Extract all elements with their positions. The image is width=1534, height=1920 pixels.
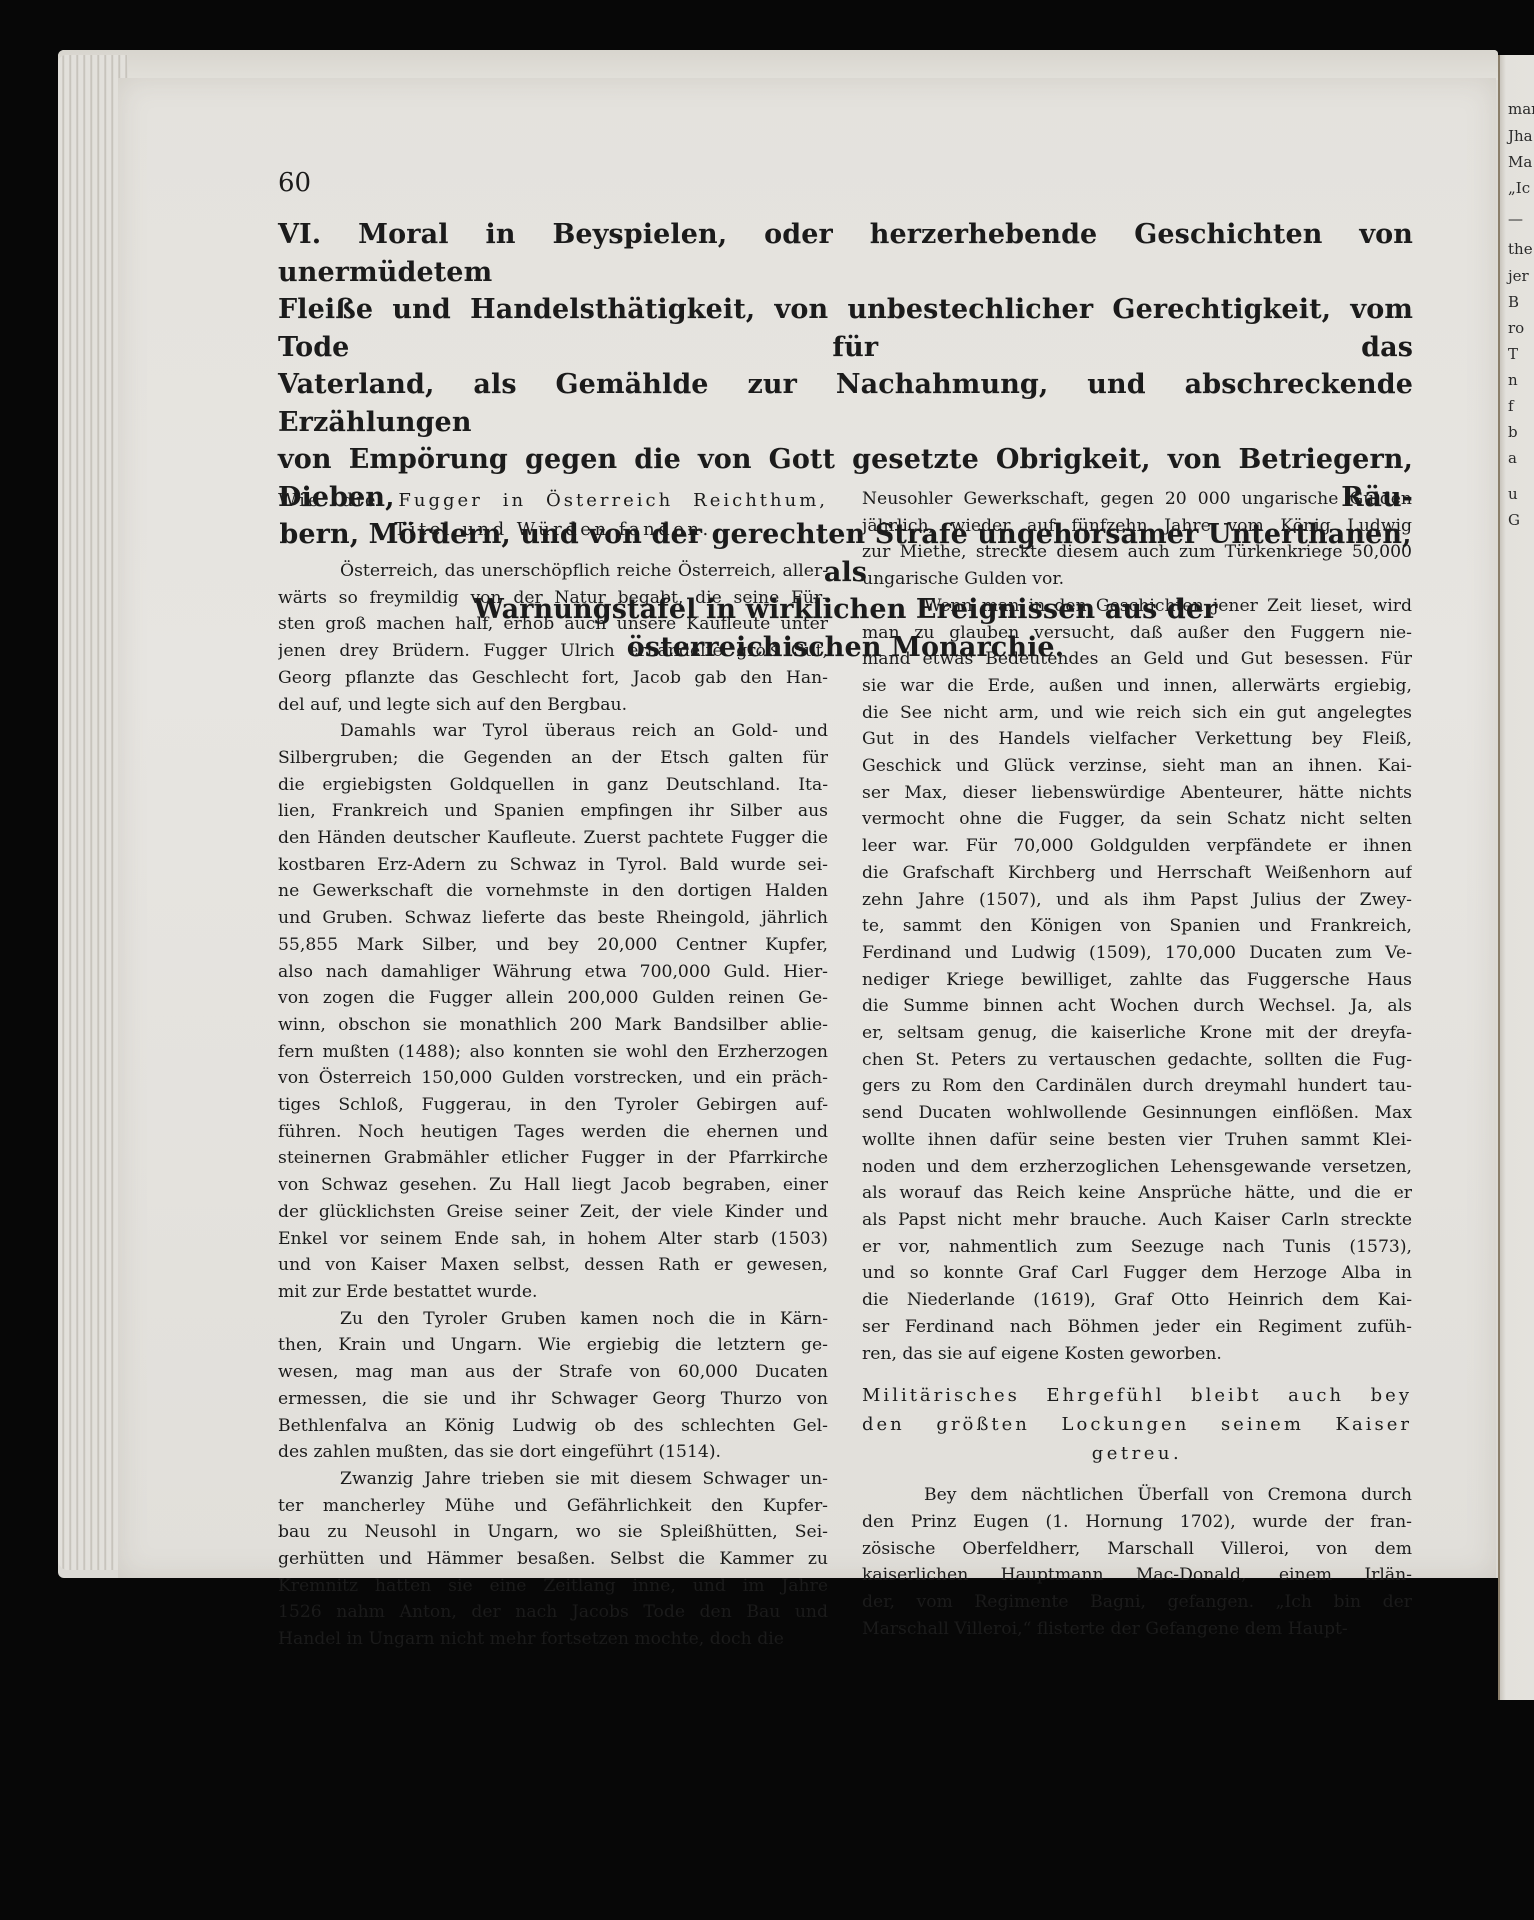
text-line: von Schwaz gesehen. Zu Hall liegt Jacob … [278, 1172, 828, 1199]
text-line: ermessen, die sie und ihr Schwager Georg… [278, 1386, 828, 1413]
text-line: Kremnitz hatten sie eine Zeitlang inne, … [278, 1573, 828, 1600]
text-line: chen St. Peters zu vertauschen gedachte,… [862, 1047, 1412, 1074]
text-line: Ferdinand und Ludwig (1509), 170,000 Duc… [862, 940, 1412, 967]
section-title-line: Militärisches Ehrgefühl bleibt auch bey [862, 1381, 1412, 1410]
right-column: Neusohler Gewerkschaft, gegen 20 000 ung… [862, 486, 1412, 1642]
text-line: Österreich, das unerschöpflich reiche Ös… [278, 558, 828, 585]
facing-page-text-fragment: — [1508, 210, 1523, 228]
text-line: Neusohler Gewerkschaft, gegen 20 000 ung… [862, 486, 1412, 513]
text-line: sie war die Erde, außen und innen, aller… [862, 673, 1412, 700]
text-line: und von Kaiser Maxen selbst, dessen Rath… [278, 1252, 828, 1279]
text-line: leer war. Für 70,000 Goldgulden verpfänd… [862, 833, 1412, 860]
text-line: der glücklichsten Greise seiner Zeit, de… [278, 1199, 828, 1226]
text-line: Silbergruben; die Gegenden an der Etsch … [278, 745, 828, 772]
text-line: Wenn man in den Geschichten jener Zeit l… [862, 593, 1412, 620]
text-line: 55,855 Mark Silber, und bey 20,000 Centn… [278, 932, 828, 959]
text-line: bau zu Neusohl in Ungarn, wo sie Spleißh… [278, 1519, 828, 1546]
text-line: und Gruben. Schwaz lieferte das beste Rh… [278, 905, 828, 932]
text-line: der, vom Regimente Bagni, gefangen. „Ich… [862, 1589, 1412, 1616]
text-line: wesen, mag man aus der Strafe von 60,000… [278, 1359, 828, 1386]
facing-page-edge: manJhaMa„Ic—thejerBroTnfbauG [1498, 55, 1534, 1700]
text-line: von Österreich 150,000 Gulden vorstrecke… [278, 1065, 828, 1092]
facing-page-text-fragment: b [1508, 423, 1518, 441]
text-line: Bey dem nächtlichen Überfall von Cremona… [862, 1482, 1412, 1509]
text-line: wollte ihnen dafür seine besten vier Tru… [862, 1127, 1412, 1154]
text-line: führen. Noch heutigen Tages werden die e… [278, 1119, 828, 1146]
facing-page-text-fragment: a [1508, 449, 1517, 467]
text-line: Geschick und Glück verzinse, sieht man a… [862, 753, 1412, 780]
text-line: Enkel vor seinem Ende sah, in hohem Alte… [278, 1226, 828, 1253]
section-title-line: den größten Lockungen seinem Kaiser [862, 1410, 1412, 1439]
text-line: then, Krain und Ungarn. Wie ergiebig die… [278, 1332, 828, 1359]
text-line: von zogen die Fugger allein 200,000 Guld… [278, 985, 828, 1012]
facing-page-text-fragment: „Ic [1508, 179, 1530, 197]
section-title-line: Titel und Würden fanden. [278, 515, 828, 544]
facing-page-text-fragment: B [1508, 293, 1519, 311]
text-line: ser Ferdinand nach Böhmen jeder ein Regi… [862, 1314, 1412, 1341]
text-line: sten groß machen half, erhob auch unsere… [278, 611, 828, 638]
page-top-edge [58, 50, 1498, 80]
text-line: zehn Jahre (1507), und als ihm Papst Jul… [862, 887, 1412, 914]
text-line: man zu glauben versucht, daß außer den F… [862, 620, 1412, 647]
text-line: er vor, nahmentlich zum Seezuge nach Tun… [862, 1234, 1412, 1261]
facing-page-text-fragment: jer [1508, 267, 1529, 285]
text-line: ungarische Gulden vor. [862, 566, 1412, 593]
text-line: die Niederlande (1619), Graf Otto Heinri… [862, 1287, 1412, 1314]
text-line: vermocht ohne die Fugger, da sein Schatz… [862, 806, 1412, 833]
text-line: zur Miethe, streckte diesem auch zum Tür… [862, 539, 1412, 566]
text-line: del auf, und legte sich auf den Bergbau. [278, 692, 828, 719]
text-line: als Papst nicht mehr brauche. Auch Kaise… [862, 1207, 1412, 1234]
facing-page-text-fragment: f [1508, 397, 1514, 415]
text-line: tiges Schloß, Fuggerau, in den Tyroler G… [278, 1092, 828, 1119]
text-line: ren, das sie auf eigene Kosten geworben. [862, 1341, 1412, 1368]
text-line: 1526 nahm Anton, der nach Jacobs Tode de… [278, 1599, 828, 1626]
text-line: die ergiebigsten Goldquellen in ganz Deu… [278, 772, 828, 799]
text-line: jährlich, wieder auf fünfzehn Jahre vom … [862, 513, 1412, 540]
text-line: nediger Kriege bewilliget, zahlte das Fu… [862, 967, 1412, 994]
text-line: Zwanzig Jahre trieben sie mit diesem Sch… [278, 1466, 828, 1493]
facing-page-text-fragment: man [1508, 100, 1534, 118]
text-line: den Prinz Eugen (1. Hornung 1702), wurde… [862, 1509, 1412, 1536]
text-line: winn, obschon sie monathlich 200 Mark Ba… [278, 1012, 828, 1039]
text-line: mand etwas Bedeutendes an Geld und Gut b… [862, 646, 1412, 673]
text-line: die See nicht arm, und wie reich sich ei… [862, 700, 1412, 727]
text-line: Zu den Tyroler Gruben kamen noch die in … [278, 1306, 828, 1333]
text-line: Damahls war Tyrol überaus reich an Gold-… [278, 718, 828, 745]
text-line: mit zur Erde bestattet wurde. [278, 1279, 828, 1306]
text-line: te, sammt den Königen von Spanien und Fr… [862, 913, 1412, 940]
text-line: den Händen deutscher Kaufleute. Zuerst p… [278, 825, 828, 852]
text-line: er, seltsam genug, die kaiserliche Krone… [862, 1020, 1412, 1047]
text-line: des zahlen mußten, das sie dort eingefüh… [278, 1439, 828, 1466]
text-line: noden und dem erzherzoglichen Lehensgewa… [862, 1154, 1412, 1181]
spacer [278, 544, 828, 558]
text-line: Handel in Ungarn nicht mehr fortsetzen m… [278, 1626, 828, 1653]
text-line: die Grafschaft Kirchberg und Herrschaft … [862, 860, 1412, 887]
facing-page-text-fragment: u [1508, 485, 1518, 503]
text-line: ter mancherley Mühe und Gefährlichkeit d… [278, 1493, 828, 1520]
text-line: gerhütten und Hämmer besaßen. Selbst die… [278, 1546, 828, 1573]
facing-page-text-fragment: Ma [1508, 153, 1532, 171]
section-title-line: Wie die Fugger in Österreich Reichthum, [278, 486, 828, 515]
text-line: also nach damahliger Währung etwa 700,00… [278, 959, 828, 986]
text-line: lien, Frankreich und Spanien empfingen i… [278, 798, 828, 825]
text-line: kostbaren Erz-Adern zu Schwaz in Tyrol. … [278, 852, 828, 879]
section-title-line: getreu. [862, 1439, 1412, 1468]
text-line: zösische Oberfeldherr, Marschall Villero… [862, 1536, 1412, 1563]
facing-page-text-fragment: the [1508, 240, 1533, 258]
page-number: 60 [278, 168, 311, 198]
heading-line: Vaterland, als Gemählde zur Nachahmung, … [278, 366, 1413, 441]
text-line: ne Gewerkschaft die vornehmste in den do… [278, 878, 828, 905]
left-column: Wie die Fugger in Österreich Reichthum,T… [278, 486, 828, 1653]
text-line: Georg pflanzte das Geschlecht fort, Jaco… [278, 665, 828, 692]
spacer [862, 1367, 1412, 1381]
facing-page-text-fragment: n [1508, 371, 1518, 389]
spacer [862, 1468, 1412, 1482]
text-line: Gut in des Handels vielfacher Verkettung… [862, 726, 1412, 753]
heading-line: VI. Moral in Beyspielen, oder herzerhebe… [278, 216, 1413, 291]
text-line: ser Max, dieser liebenswürdige Abenteure… [862, 780, 1412, 807]
text-line: jenen drey Brüdern. Fugger Ulrich erhand… [278, 638, 828, 665]
text-line: als worauf das Reich keine Ansprüche hät… [862, 1180, 1412, 1207]
text-line: kaiserlichen Hauptmann Mac-Donald, einem… [862, 1562, 1412, 1589]
text-line: Marschall Villeroi,“ flisterte der Gefan… [862, 1616, 1412, 1643]
text-line: Bethlenfalva an König Ludwig ob des schl… [278, 1413, 828, 1440]
heading-line: Fleiße und Handelsthätigkeit, von unbest… [278, 291, 1413, 366]
facing-page-text-fragment: T [1508, 345, 1518, 363]
text-line: die Summe binnen acht Wochen durch Wechs… [862, 993, 1412, 1020]
text-line: und so konnte Graf Carl Fugger dem Herzo… [862, 1260, 1412, 1287]
facing-page-text-fragment: Jha [1508, 127, 1533, 145]
text-line: steinernen Grabmähler etlicher Fugger in… [278, 1145, 828, 1172]
text-line: wärts so freymildig von der Natur begabt… [278, 585, 828, 612]
text-line: send Ducaten wohlwollende Gesinnungen ei… [862, 1100, 1412, 1127]
text-line: gers zu Rom den Cardinälen durch dreymah… [862, 1073, 1412, 1100]
text-line: fern mußten (1488); also konnten sie woh… [278, 1039, 828, 1066]
facing-page-text-fragment: G [1508, 511, 1520, 529]
facing-page-text-fragment: ro [1508, 319, 1524, 337]
